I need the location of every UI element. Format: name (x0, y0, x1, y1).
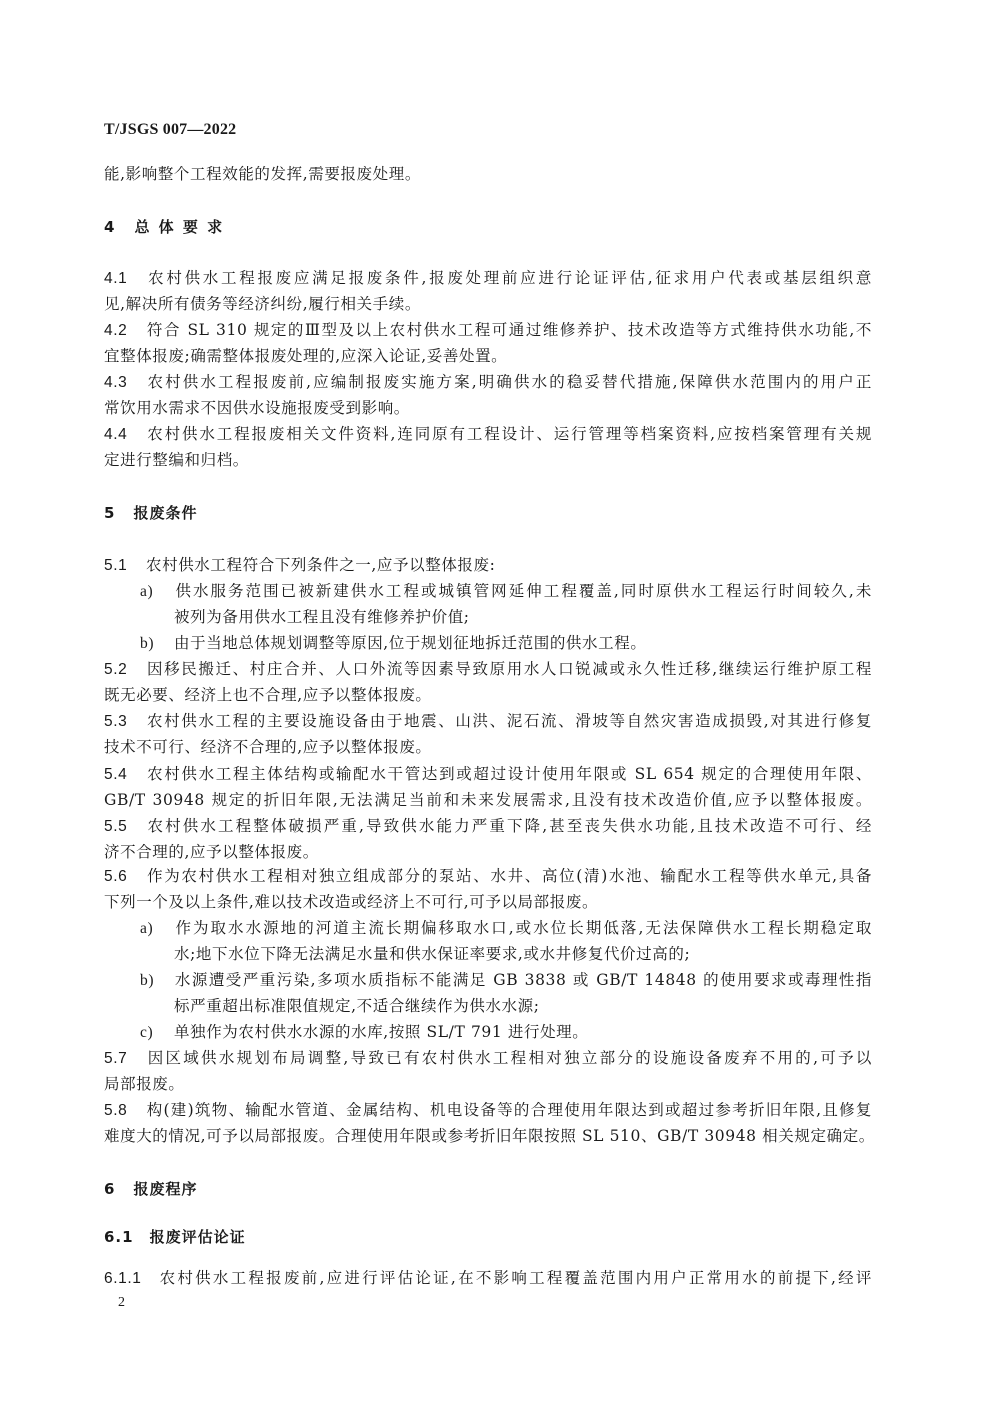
document-page: T/JSGS 007—2022 能,影响整个工程效能的发挥,需要报废处理。 4总… (0, 0, 992, 1403)
clause-5-4-line-1: 5.4农村供水工程主体结构或输配水干管达到或超过设计使用年限或 SL 654 规… (104, 764, 872, 785)
clause-5-6-line-1: 5.6作为农村供水工程相对独立组成部分的泵站、水井、高位(清)水池、输配水工程等… (104, 866, 872, 887)
section-6-heading: 6报废程序 (104, 1179, 197, 1199)
subsection-number: 6.1 (104, 1228, 134, 1246)
subsection-6-1-heading: 6.1报废评估论证 (104, 1227, 246, 1247)
clause-5-4-line-2: GB/T 30948 规定的折旧年限,无法满足当前和未来发展需求,且没有技术改造… (104, 790, 872, 810)
clause-5-5-line-1: 5.5农村供水工程整体破损严重,导致供水能力严重下降,甚至丧失供水功能,且技术改… (104, 816, 872, 837)
item-5-1-a-line-1: a)供水服务范围已被新建供水工程或城镇管网延伸工程覆盖,同时原供水工程运行时间较… (140, 581, 872, 602)
section-4-heading: 4总 体 要 求 (104, 217, 224, 237)
clause-5-3-line-1: 5.3农村供水工程的主要设施设备由于地震、山洪、泥石流、滑坡等自然灾害造成损毁,… (104, 711, 872, 732)
clause-6-1-1-line-1: 6.1.1农村供水工程报废前,应进行评估论证,在不影响工程覆盖范围内用户正常用水… (104, 1268, 872, 1289)
clause-5-8-line-1: 5.8构(建)筑物、输配水管道、金属结构、机电设备等的合理使用年限达到或超过参考… (104, 1100, 872, 1121)
intro-line: 能,影响整个工程效能的发挥,需要报废处理。 (104, 164, 421, 184)
section-title: 总 体 要 求 (134, 218, 224, 236)
clause-4-1-line-2: 见,解决所有债务等经济纠纷,履行相关手续。 (104, 294, 421, 314)
item-5-6-a-line-1: a)作为取水水源地的河道主流长期偏移取水口,或水位长期低落,无法保障供水工程长期… (140, 918, 872, 939)
item-5-6-a-line-2: 水;地下水位下降无法满足水量和供水保证率要求,或水井修复代价过高的; (174, 944, 690, 964)
clause-5-3-line-2: 技术不可行、经济不合理的,应予以整体报废。 (104, 737, 432, 757)
clause-5-7-line-1: 5.7因区域供水规划布局调整,导致已有农村供水工程相对独立部分的设施设备废弃不用… (104, 1048, 872, 1069)
clause-5-6-line-2: 下列一个及以上条件,难以技术改造或经济上不可行,可予以局部报废。 (104, 892, 598, 912)
clause-5-8-line-2: 难度大的情况,可予以局部报废。合理使用年限或参考折旧年限按照 SL 510、GB… (104, 1126, 872, 1146)
clause-4-2-line-1: 4.2符合 SL 310 规定的Ⅲ型及以上农村供水工程可通过维修养护、技术改造等… (104, 320, 872, 341)
item-5-6-c: c)单独作为农村供水水源的水库,按照 SL/T 791 进行处理。 (140, 1022, 588, 1043)
item-5-6-b-line-2: 标严重超出标准限值规定,不适合继续作为供水水源; (174, 996, 540, 1016)
clause-4-2-line-2: 宜整体报废;确需整体报废处理的,应深入论证,妥善处置。 (104, 346, 507, 366)
item-5-1-a-line-2: 被列为备用供水工程且没有维修养护价值; (174, 607, 470, 627)
clause-4-4-line-1: 4.4农村供水工程报废相关文件资料,连同原有工程设计、运行管理等档案资料,应按档… (104, 424, 872, 445)
clause-4-4-line-2: 定进行整编和归档。 (104, 450, 249, 470)
section-number: 4 (104, 218, 116, 236)
item-5-1-b: b)由于当地总体规划调整等原因,位于规划征地拆迁范围的供水工程。 (140, 633, 646, 654)
clause-4-3-line-2: 常饮用水需求不因供水设施报废受到影响。 (104, 398, 410, 418)
section-number: 6 (104, 1180, 115, 1198)
document-code: T/JSGS 007—2022 (104, 120, 236, 140)
section-title: 报废条件 (133, 504, 197, 522)
page-number: 2 (118, 1293, 126, 1313)
clause-5-2-line-2: 既无必要、经济上也不合理,应予以整体报废。 (104, 685, 432, 705)
section-5-heading: 5报废条件 (104, 503, 197, 523)
clause-5-2-line-1: 5.2因移民搬迁、村庄合并、人口外流等因素导致原用水人口锐减或永久性迁移,继续运… (104, 659, 872, 680)
clause-5-5-line-2: 济不合理的,应予以整体报废。 (104, 842, 319, 862)
clause-4-3-line-1: 4.3农村供水工程报废前,应编制报废实施方案,明确供水的稳妥替代措施,保障供水范… (104, 372, 872, 393)
section-number: 5 (104, 504, 115, 522)
item-5-6-b-line-1: b)水源遭受严重污染,多项水质指标不能满足 GB 3838 或 GB/T 148… (140, 970, 872, 991)
clause-5-7-line-2: 局部报废。 (104, 1074, 185, 1094)
subsection-title: 报废评估论证 (150, 1228, 246, 1246)
clause-4-1-line-1: 4.1农村供水工程报废应满足报废条件,报废处理前应进行论证评估,征求用户代表或基… (104, 268, 872, 289)
clause-5-1: 5.1农村供水工程符合下列条件之一,应予以整体报废: (104, 555, 495, 576)
section-title: 报废程序 (133, 1180, 197, 1198)
